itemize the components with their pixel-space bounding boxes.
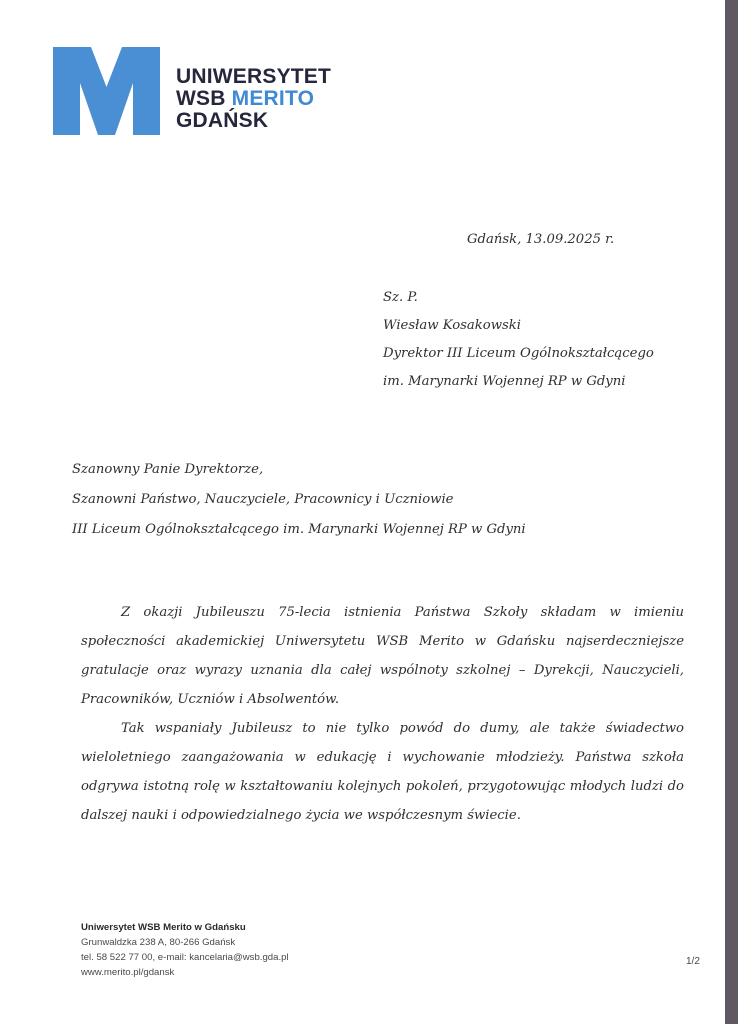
letter-date: Gdańsk, 13.09.2025 r. [467, 232, 614, 247]
recipient-line: Sz. P. [383, 290, 418, 305]
recipient-name: Wiesław Kosakowski [383, 318, 521, 333]
recipient-institution: im. Marynarki Wojennej RP w Gdyni [383, 374, 625, 389]
logo-line-3: GDAŃSK [176, 110, 331, 132]
recipient-title: Dyrektor III Liceum Ogólnokształcącego [383, 346, 654, 361]
paragraph-text: Tak wspaniały Jubileusz to nie tylko pow… [81, 721, 684, 823]
letter-paragraph: Tak wspaniały Jubileusz to nie tylko pow… [81, 714, 684, 830]
logo-wsb: WSB [176, 87, 226, 110]
paragraph-text: Z okazji Jubileuszu 75-lecia istnienia P… [81, 605, 684, 707]
salutation-line: III Liceum Ogólnokształcącego im. Maryna… [72, 522, 526, 537]
footer-contact: tel. 58 522 77 00, e-mail: kancelaria@ws… [81, 950, 289, 965]
logo-merito: MERITO [232, 87, 314, 110]
salutation-line: Szanowny Panie Dyrektorze, [72, 462, 263, 477]
letter-m-logo-icon [53, 47, 160, 135]
footer-address: Grunwaldzka 238 A, 80-266 Gdańsk [81, 935, 289, 950]
footer-website: www.merito.pl/gdansk [81, 965, 289, 980]
logo-line-2: WSB MERITO [176, 88, 331, 110]
salutation-line: Szanowni Państwo, Nauczyciele, Pracownic… [72, 492, 453, 507]
letter-paragraph: Z okazji Jubileuszu 75-lecia istnienia P… [81, 598, 684, 714]
footer-org-name: Uniwersytet WSB Merito w Gdańsku [81, 920, 289, 935]
letterhead-footer: Uniwersytet WSB Merito w Gdańsku Grunwal… [81, 920, 289, 980]
scan-page-edge [725, 0, 738, 1024]
page-number: 1/2 [686, 956, 700, 967]
university-logo-text: UNIWERSYTET WSB MERITO GDAŃSK [176, 66, 331, 132]
logo-line-1: UNIWERSYTET [176, 66, 331, 88]
